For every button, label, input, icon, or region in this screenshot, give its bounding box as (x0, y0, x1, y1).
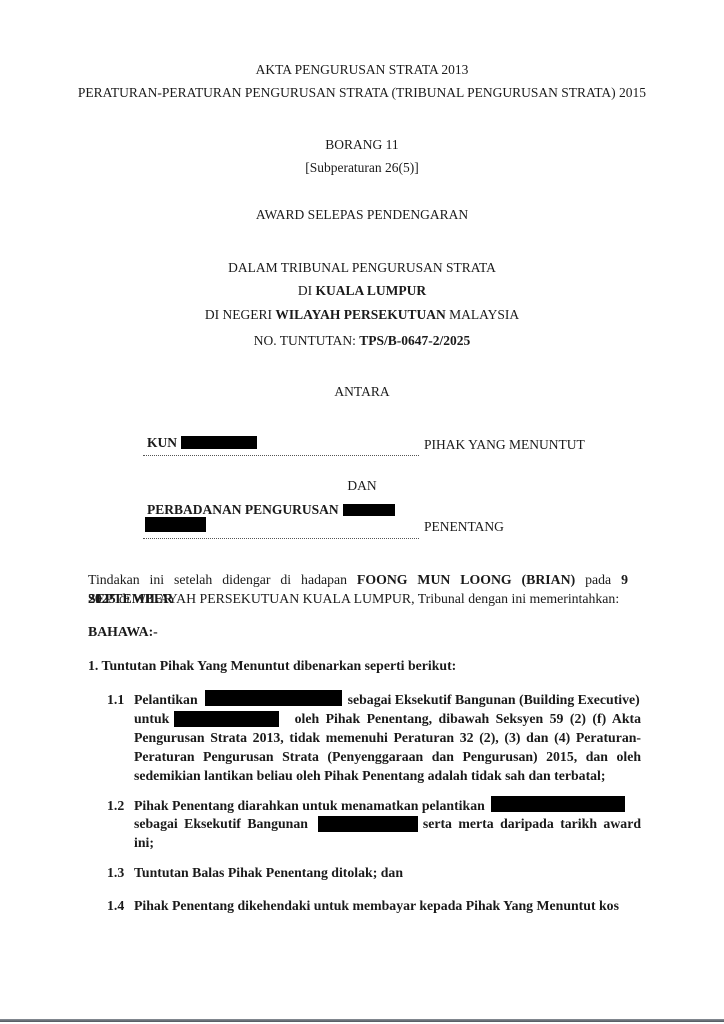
item-text: serta merta daripada tarikh award (423, 814, 641, 833)
page-edge-line (0, 1019, 724, 1022)
item-1-1-line-2: untuk oleh Pihak Penentang, dibawah Seks… (134, 709, 641, 728)
claimant-name: KUN (147, 435, 257, 451)
item-text: sebagai Eksekutif Bangunan (134, 814, 308, 833)
and-label: DAN (0, 478, 724, 494)
redaction-block (318, 816, 418, 832)
redaction-block (181, 436, 257, 449)
item-number: 1.3 (107, 863, 124, 882)
between-label: ANTARA (0, 384, 724, 400)
respondent-role: PENENTANG (424, 519, 504, 535)
respondent-name: PERBADANAN PENGURUSAN (147, 502, 395, 518)
redaction-block (491, 796, 625, 812)
tribunal-name: DALAM TRIBUNAL PENGURUSAN STRATA (0, 260, 724, 276)
redaction-block (145, 517, 206, 532)
item-text: Pelantikan (134, 692, 198, 707)
intro-text: Tindakan ini setelah didengar di hadapan (88, 572, 357, 587)
claim-number: TPS/B-0647-2/2025 (359, 333, 470, 348)
state-prefix: DI NEGERI (205, 307, 276, 322)
hearing-year: 2025 (88, 591, 116, 606)
intro-line-2: 2025 di WILAYAH PERSEKUTUAN KUALA LUMPUR… (88, 589, 648, 608)
item-1-1-line-3: Pengurusan Strata 2013, tidak memenuhi P… (134, 728, 641, 747)
item-1-1-line-4: Peraturan Pengurusan Strata (Penyenggara… (134, 747, 641, 766)
claimant-role: PIHAK YANG MENUNTUT (424, 437, 585, 453)
act-title: AKTA PENGURUSAN STRATA 2013 (0, 62, 724, 78)
state-name: WILAYAH PERSEKUTUAN (275, 307, 445, 322)
item-1-2-line-1: Pihak Penentang diarahkan untuk menamatk… (134, 796, 625, 815)
item-text-group: sebagai Eksekutif Bangunan (134, 814, 418, 833)
item-text: oleh Pihak Penentang, dibawah Seksyen 59… (295, 709, 641, 728)
item-1-1-line-5: sedemikian lantikan beliau oleh Pihak Pe… (134, 766, 641, 785)
item-1-2-line-2: sebagai Eksekutif Bangunan serta merta d… (134, 814, 641, 833)
regulations-title: PERATURAN-PERATURAN PENGURUSAN STRATA (T… (0, 85, 724, 101)
location-city: KUALA LUMPUR (316, 283, 427, 298)
claim-number-line: NO. TUNTUTAN: TPS/B-0647-2/2025 (0, 333, 724, 349)
item-number: 1.4 (107, 896, 124, 915)
item-text-group: untuk (134, 709, 279, 728)
sub-regulation: [Subperaturan 26(5)] (0, 160, 724, 176)
clause-1-heading: 1. Tuntutan Pihak Yang Menuntut dibenark… (88, 658, 456, 674)
respondent-dotted-line (143, 538, 419, 539)
item-1-1-line-1: Pelantikansebagai Eksekutif Bangunan (Bu… (134, 690, 641, 709)
tribunal-state: DI NEGERI WILAYAH PERSEKUTUAN MALAYSIA (0, 307, 724, 323)
claimant-name-prefix: KUN (147, 435, 177, 450)
presiding-member: FOONG MUN LOONG (BRIAN) (357, 572, 575, 587)
form-number: BORANG 11 (0, 137, 724, 153)
item-1-2-line-3: ini; (134, 833, 154, 852)
item-text: untuk (134, 709, 169, 728)
redaction-block (205, 690, 342, 706)
redaction-block (343, 504, 395, 516)
intro-text: di WILAYAH PERSEKUTUAN KUALA LUMPUR, Tri… (116, 591, 620, 606)
redaction-block (174, 711, 279, 727)
item-1-3-text: Tuntutan Balas Pihak Penentang ditolak; … (134, 863, 403, 882)
intro-text: pada (575, 572, 621, 587)
item-1-4-text: Pihak Penentang dikehendaki untuk membay… (134, 896, 619, 915)
item-number: 1.1 (107, 690, 124, 709)
item-text: sebagai Eksekutif Bangunan (Building Exe… (348, 692, 640, 707)
item-text: Pihak Penentang diarahkan untuk menamatk… (134, 798, 485, 813)
document-page: AKTA PENGURUSAN STRATA 2013 PERATURAN-PE… (0, 0, 724, 1024)
location-prefix: DI (298, 283, 316, 298)
tribunal-location: DI KUALA LUMPUR (0, 283, 724, 299)
claim-label: NO. TUNTUTAN: (254, 333, 360, 348)
bahawa-heading: BAHAWA:- (88, 624, 158, 640)
award-title: AWARD SELEPAS PENDENGARAN (0, 207, 724, 223)
respondent-name-prefix: PERBADANAN PENGURUSAN (147, 502, 339, 517)
state-suffix: MALAYSIA (446, 307, 519, 322)
claimant-dotted-line (143, 455, 419, 456)
item-number: 1.2 (107, 796, 124, 815)
